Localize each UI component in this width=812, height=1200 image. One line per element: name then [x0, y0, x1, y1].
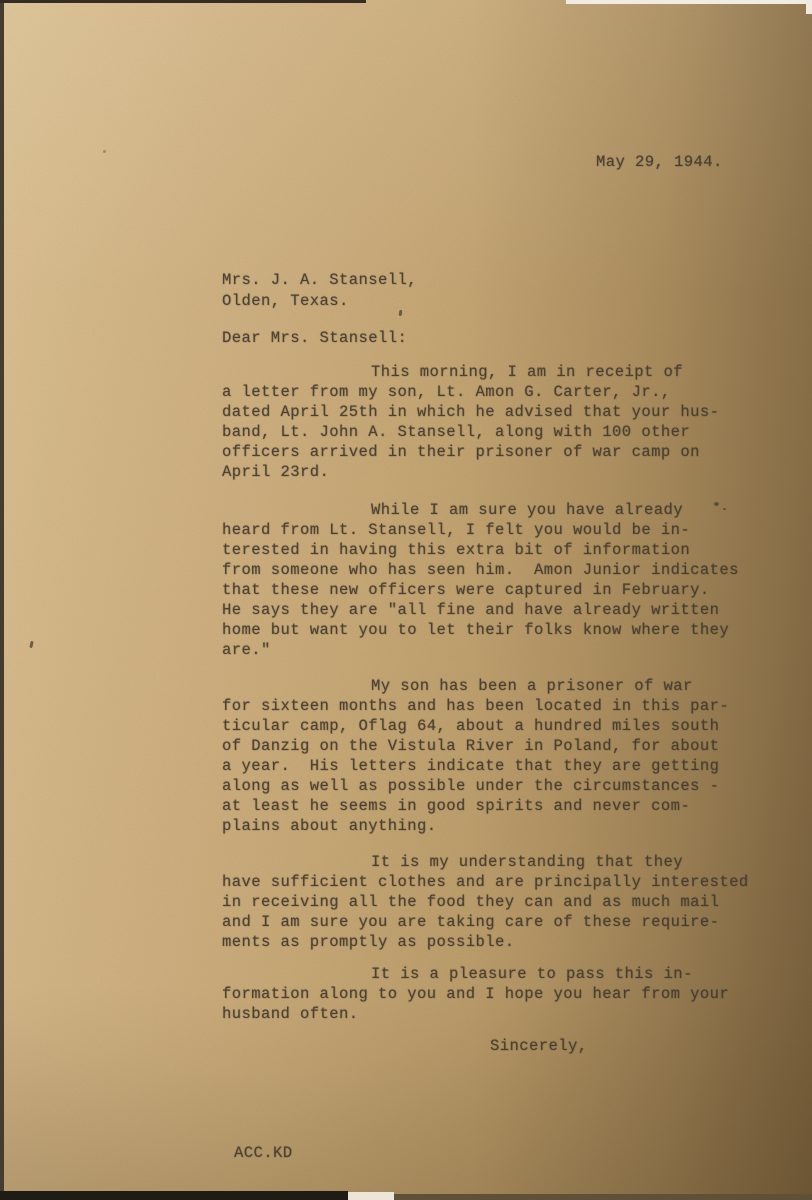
salutation: Dear Mrs. Stansell:	[222, 328, 407, 349]
ink-speck	[103, 150, 106, 153]
body-paragraph-1: This morning, I am in receipt of a lette…	[222, 362, 782, 482]
scan-edge-left	[0, 0, 4, 1200]
scan-edge-top-white	[566, 0, 808, 4]
closing-sincerely: Sincerely,	[490, 1036, 588, 1056]
body-paragraph-3: My son has been a prisoner of war for si…	[222, 676, 782, 836]
body-paragraph-5: It is a pleasure to pass this in- format…	[222, 964, 782, 1024]
scan-edge-top-dark	[0, 0, 366, 3]
scan-edge-top-right	[806, 0, 812, 14]
scan-edge-bottom-shadow	[394, 1194, 812, 1200]
body-paragraph-2: While I am sure you have already heard f…	[222, 500, 782, 660]
ink-speck	[29, 641, 33, 648]
scanned-letter-page: May 29, 1944. Mrs. J. A. Stansell, Olden…	[0, 0, 812, 1200]
letter-date: May 29, 1944.	[596, 152, 723, 172]
body-paragraph-4: It is my understanding that they have su…	[222, 852, 782, 952]
recipient-address: Mrs. J. A. Stansell, Olden, Texas.	[222, 270, 417, 312]
scan-edge-bottom-black	[0, 1191, 348, 1200]
typist-initials: ACC.KD	[234, 1143, 293, 1163]
scan-edge-bottom-white	[348, 1192, 394, 1200]
